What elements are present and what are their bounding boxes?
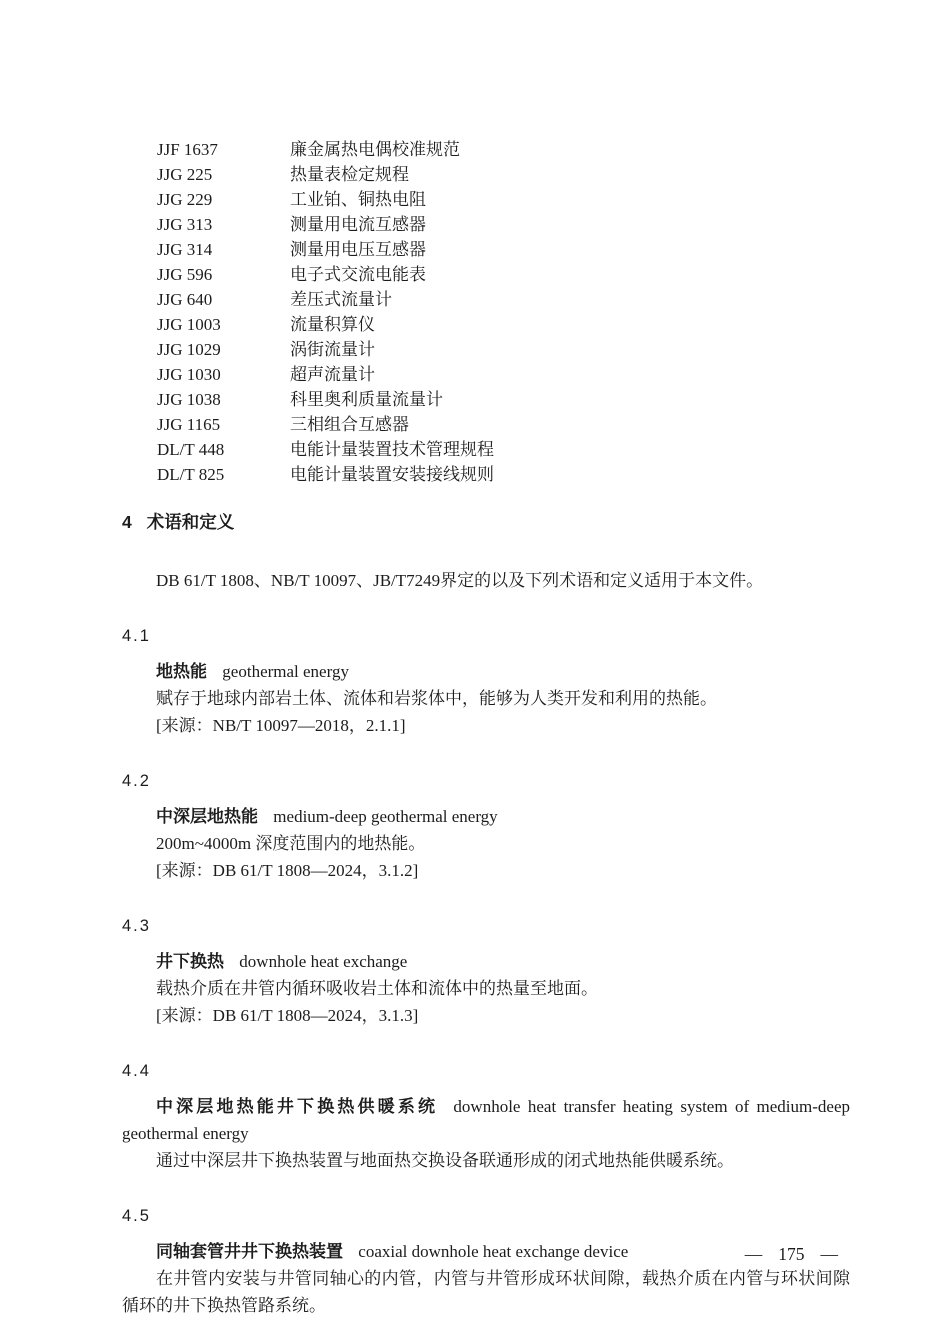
- reference-row: JJG 225热量表检定规程: [122, 162, 850, 187]
- term-line: 中深层地热能井下换热供暖系统downhole heat transfer hea…: [122, 1093, 850, 1147]
- term-line: 中深层地热能medium-deep geothermal energy: [122, 803, 850, 830]
- page-number: — 175 —: [745, 1242, 838, 1267]
- reference-title: 差压式流量计: [290, 287, 850, 312]
- clause-number-4-2: 4.2: [122, 771, 850, 791]
- reference-title: 电能计量装置技术管理规程: [290, 437, 850, 462]
- section-heading: 4术语和定义: [122, 510, 850, 535]
- term-en: coaxial downhole heat exchange device: [358, 1242, 628, 1261]
- term-definition: 200m~4000m 深度范围内的地热能。: [122, 830, 850, 857]
- reference-row: JJG 640差压式流量计: [122, 287, 850, 312]
- term-definition: 在井管内安装与井管同轴心的内管，内管与井管形成环状间隙，载热介质在内管与环状间隙…: [122, 1265, 850, 1319]
- clause-number-4-3: 4.3: [122, 916, 850, 936]
- clause-number-4-4: 4.4: [122, 1061, 850, 1081]
- term-zh: 同轴套管井井下换热装置: [156, 1242, 343, 1261]
- reference-row: JJG 1038科里奥利质量流量计: [122, 387, 850, 412]
- reference-title: 测量用电流互感器: [290, 212, 850, 237]
- reference-row: JJG 229工业铂、铜热电阻: [122, 187, 850, 212]
- term-line: 同轴套管井井下换热装置coaxial downhole heat exchang…: [122, 1238, 850, 1265]
- reference-title: 三相组合互感器: [290, 412, 850, 437]
- reference-code: JJG 1003: [157, 312, 290, 337]
- term-definition: 赋存于地球内部岩土体、流体和岩浆体中，能够为人类开发和利用的热能。: [122, 685, 850, 712]
- clause-number-4-5: 4.5: [122, 1206, 850, 1226]
- term-definition: 载热介质在井管内循环吸收岩土体和流体中的热量至地面。: [122, 975, 850, 1002]
- clause-number-4-1: 4.1: [122, 626, 850, 646]
- reference-row: DL/T 825电能计量装置安装接线规则: [122, 462, 850, 487]
- reference-title: 科里奥利质量流量计: [290, 387, 850, 412]
- reference-title: 电能计量装置安装接线规则: [290, 462, 850, 487]
- reference-row: DL/T 448电能计量装置技术管理规程: [122, 437, 850, 462]
- reference-code: JJG 229: [157, 187, 290, 212]
- reference-title: 电子式交流电能表: [290, 262, 850, 287]
- references-list: JJF 1637廉金属热电偶校准规范 JJG 225热量表检定规程 JJG 22…: [122, 137, 850, 487]
- term-zh: 中深层地热能井下换热供暖系统: [156, 1097, 438, 1116]
- reference-row: JJG 314测量用电压互感器: [122, 237, 850, 262]
- reference-row: JJG 1029涡街流量计: [122, 337, 850, 362]
- section-intro: DB 61/T 1808、NB/T 10097、JB/T7249界定的以及下列术…: [122, 567, 850, 594]
- reference-code: JJG 1038: [157, 387, 290, 412]
- reference-title: 廉金属热电偶校准规范: [290, 137, 850, 162]
- reference-title: 涡街流量计: [290, 337, 850, 362]
- reference-code: JJG 1165: [157, 412, 290, 437]
- reference-title: 测量用电压互感器: [290, 237, 850, 262]
- reference-code: JJG 225: [157, 162, 290, 187]
- reference-title: 工业铂、铜热电阻: [290, 187, 850, 212]
- term-line: 地热能geothermal energy: [122, 658, 850, 685]
- reference-row: JJG 313测量用电流互感器: [122, 212, 850, 237]
- reference-code: JJG 1029: [157, 337, 290, 362]
- reference-row: JJF 1637廉金属热电偶校准规范: [122, 137, 850, 162]
- term-line: 井下换热downhole heat exchange: [122, 948, 850, 975]
- section-title: 术语和定义: [147, 512, 235, 532]
- reference-code: JJG 640: [157, 287, 290, 312]
- term-en: geothermal energy: [222, 662, 349, 681]
- reference-code: JJG 313: [157, 212, 290, 237]
- reference-row: JJG 1003流量积算仪: [122, 312, 850, 337]
- reference-code: JJF 1637: [157, 137, 290, 162]
- reference-title: 热量表检定规程: [290, 162, 850, 187]
- reference-code: DL/T 448: [157, 437, 290, 462]
- term-zh: 地热能: [156, 662, 207, 681]
- reference-row: JJG 1030超声流量计: [122, 362, 850, 387]
- reference-code: JJG 596: [157, 262, 290, 287]
- page-number-right-dash: —: [821, 1242, 839, 1267]
- term-en: downhole heat exchange: [239, 952, 407, 971]
- reference-title: 超声流量计: [290, 362, 850, 387]
- term-zh: 井下换热: [156, 952, 224, 971]
- section-number: 4: [122, 512, 132, 532]
- document-page: JJF 1637廉金属热电偶校准规范 JJG 225热量表检定规程 JJG 22…: [0, 0, 950, 1344]
- term-definition: 通过中深层井下换热装置与地面热交换设备联通形成的闭式地热能供暖系统。: [122, 1147, 850, 1174]
- reference-title: 流量积算仪: [290, 312, 850, 337]
- reference-code: JJG 314: [157, 237, 290, 262]
- term-source: [来源：DB 61/T 1808—2024，3.1.2]: [122, 857, 850, 884]
- term-zh: 中深层地热能: [156, 807, 258, 826]
- reference-code: JJG 1030: [157, 362, 290, 387]
- term-source: [来源：DB 61/T 1808—2024，3.1.3]: [122, 1002, 850, 1029]
- page-number-left-dash: —: [745, 1242, 763, 1267]
- page-number-value: 175: [778, 1242, 804, 1267]
- reference-code: DL/T 825: [157, 462, 290, 487]
- reference-row: JJG 1165三相组合互感器: [122, 412, 850, 437]
- term-source: [来源：NB/T 10097—2018，2.1.1]: [122, 712, 850, 739]
- reference-row: JJG 596电子式交流电能表: [122, 262, 850, 287]
- term-en: medium-deep geothermal energy: [273, 807, 497, 826]
